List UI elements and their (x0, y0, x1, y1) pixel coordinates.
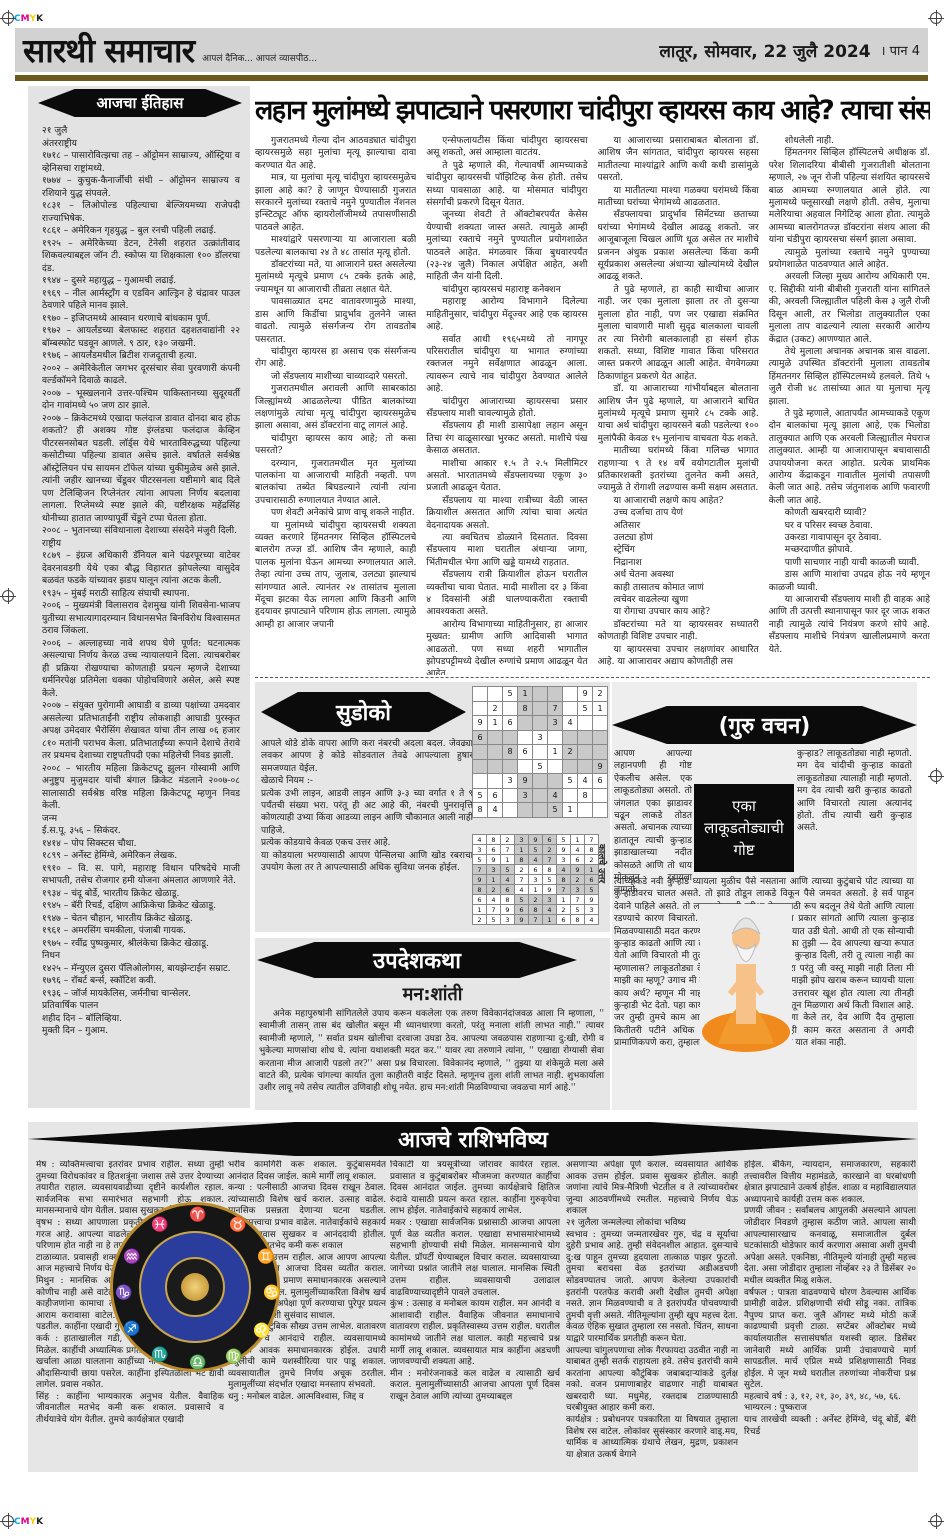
sudoku-cell (548, 774, 563, 789)
article-paragraph: ते पुढे म्हणाले, हा काही साथीचा आजार नाह… (598, 284, 759, 383)
solution-cell: 3 (487, 865, 501, 875)
sudoku-cell: 5 (578, 701, 593, 716)
article-paragraph: महाराष्ट्र आरोग्य विभागाने दिलेल्या माहि… (426, 296, 587, 333)
sudoku-cell (563, 687, 578, 702)
section-divider (255, 677, 930, 678)
history-section-title: राष्ट्रीय (42, 538, 240, 551)
article-paragraph: या आजाराची लक्षणे काय आहेत? (598, 495, 759, 507)
article-paragraph: या व्हायरसचा उपचार लक्षणांवर आधारित आहे.… (598, 644, 759, 669)
sudoku-cell: 8 (578, 788, 593, 803)
solution-cell: 1 (557, 895, 571, 905)
history-entry: १८६१ – अमेरिकन गृहयुद्ध – बुल रनची पहिली… (42, 225, 240, 238)
sudoku-cell (593, 716, 608, 731)
sudoku-cell (563, 701, 578, 716)
article-paragraph: एन्सेफलायटीस किंवा चांदीपुरा व्हायरसचा अ… (426, 135, 587, 160)
sudoku-cell (533, 687, 548, 702)
solution-cell: 6 (529, 865, 543, 875)
sudoku-cell (548, 730, 563, 745)
sudoku-cell (578, 803, 593, 818)
article-paragraph: ते पुढे म्हणाले, आतापर्यंत आमच्याकडे एकू… (769, 408, 930, 507)
sudoku-cell: 3 (548, 716, 563, 731)
history-entry: १७९६ – रॉबर्ट बर्न्स, स्कॉटिश कवी. (42, 975, 240, 988)
sudoku-cell (533, 803, 548, 818)
dateline: लातूर, सोमवार, 22 जुलै 2024 (659, 39, 870, 62)
solution-cell: 6 (543, 835, 557, 845)
registration-mark-icon (930, 1515, 942, 1527)
solution-cell: 7 (473, 865, 487, 875)
sudoku-cell (533, 788, 548, 803)
newspaper-logo: सारथी समाचार (23, 34, 194, 67)
solution-cell: 2 (473, 915, 487, 925)
solution-cell: 5 (515, 895, 529, 905)
article-paragraph: अतिसार (598, 520, 759, 532)
lead-article: गुजरातमध्ये गेल्या दोन आठवड्यात चांदीपुर… (255, 135, 930, 675)
horoscope-entry: याच तारखेची व्यक्ती : अर्नेस्ट हेमिंग्वे… (744, 1415, 916, 1438)
sudoku-cell (518, 716, 533, 731)
sudoku-cell (578, 716, 593, 731)
history-entry: १९३४ – चंदू बोर्डे, भारतीय क्रिकेट खेळाड… (42, 888, 240, 901)
solution-cell: 5 (473, 855, 487, 865)
horoscope-entry: चिकाटी या त्रयसूत्रीच्या जोरावर कार्यरत … (390, 1160, 560, 1218)
history-entry: ई.स.पू. ३५६ – सिकंदर. (42, 825, 240, 838)
sudoku-section: सुडोको आपले थोडे डोके वापरा आणि करा नंबर… (255, 682, 610, 932)
article-paragraph: डॉक्टरांच्या मते, या आजाराने ग्रस्त असले… (255, 259, 416, 296)
sudoku-puzzle-grid: 519228751916346386125939546563488451 (472, 686, 608, 818)
sudoku-cell (518, 730, 533, 745)
history-entry: १४१४ – पोप सिक्स्टस चौथा. (42, 838, 240, 851)
sudoku-cell (533, 745, 548, 760)
sudoku-cell: 2 (563, 745, 578, 760)
article-paragraph: या मुलांमध्ये चांदीपुरा व्हायरसची शक्यता… (255, 520, 416, 632)
solution-cell: 4 (543, 905, 557, 915)
history-entry: १९४४ – दुसरे महायुद्ध – गुआमची लढाई. (42, 275, 240, 288)
solution-cell: 7 (585, 835, 599, 845)
horoscope-entry: प्रणयी जीवन : सर्वांबलच आपुलकी असल्याने … (744, 1206, 916, 1287)
sudoku-cell: 8 (503, 745, 518, 760)
solution-cell: 3 (473, 845, 487, 855)
solution-cell: 1 (487, 875, 501, 885)
story-title-box: एका लाकूडतोड्याची गोष्ट (694, 784, 794, 872)
history-entry: १८७९ – इंग्रज अधिकारी डॅनियल बाने पंढरपू… (42, 550, 240, 588)
history-sidebar: आजचा ईतिहास २१ जुलै अंतरराष्ट्रीय१७१८ – … (28, 86, 250, 1108)
solution-cell: 3 (529, 875, 543, 885)
article-column: या आजाराच्या प्रसाराबाबत बोलताना डॉ. आशि… (598, 135, 759, 675)
article-paragraph: या मातीतल्या माश्या गळक्या घरांमध्ये किं… (598, 185, 759, 210)
solution-cell: 6 (515, 905, 529, 915)
cmyk-color-bar-bottom: CMYK (14, 1517, 43, 1527)
history-entry: १९७० – इजिप्तमध्ये आस्वान धरणाचे बांधकाम… (42, 313, 240, 326)
horoscope-entry: होईल. बँकिंग, न्यायदान, समाजकारण, सहकारी… (744, 1160, 916, 1206)
cmyk-color-bar: CMYK (14, 14, 43, 24)
horoscope-entry: भाग्यरत्न : पुष्कराज (744, 1403, 916, 1415)
sudoku-cell (473, 774, 488, 789)
horoscope-column: चिकाटी या त्रयसूत्रीच्या जोरावर कार्यरत … (390, 1160, 560, 1403)
registration-mark-icon (2, 12, 14, 24)
history-section-title: निधन (42, 950, 240, 963)
solution-cell: 2 (543, 845, 557, 855)
solution-cell: 4 (585, 915, 599, 925)
article-column: शोधलेली नाही.हिंमतनगर सिव्हिल हॉस्पिटलचे… (769, 135, 930, 675)
sudoku-cell (488, 687, 503, 702)
solution-cell: 5 (501, 865, 515, 875)
sudoku-cell: 5 (563, 774, 578, 789)
sudoku-cell (593, 788, 608, 803)
horoscope-entry: महत्वाचे वर्ष : ३, १२, २१, ३०, ३९, ४८, ५… (744, 1392, 916, 1404)
article-paragraph: डॉक्टरांच्या मते या व्हायरसवर सध्यातरी क… (598, 619, 759, 644)
sudoku-cell (488, 730, 503, 745)
article-paragraph: कोणती खबरदारी घ्यावी? (769, 507, 930, 519)
sudoku-cell: 8 (518, 701, 533, 716)
sudoku-cell: 6 (518, 745, 533, 760)
sudoku-cell (563, 788, 578, 803)
story-title: मन:शांती (255, 982, 610, 1006)
sudoku-cell (488, 745, 503, 760)
solution-cell: 7 (529, 915, 543, 925)
solution-cell: 4 (529, 855, 543, 865)
sudoku-heading: सुडोको (261, 692, 466, 732)
history-entry: १९१० – वि. स. पागे, महाराष्ट्र विधान परि… (42, 863, 240, 888)
sudoku-cell: 5 (473, 788, 488, 803)
article-paragraph: मात्र, या मुलांचा मृत्यू चांदीपुरा व्हाय… (255, 172, 416, 234)
story-left-text: आपण आपल्या लहानपणी ही गोष्ट ऐकलीच असेल. … (614, 748, 692, 897)
sudoku-cell (593, 803, 608, 818)
history-entry: २००८ – भारतीय महिला क्रिकेटपटू झुलन गोस्… (42, 763, 240, 813)
sudoku-cell: 4 (548, 788, 563, 803)
horoscope-entry: भरीव कामगिरी करू शकाल. कुटुंबासमवेत आनंद… (228, 1160, 386, 1183)
horoscope-column: असणाऱ्या अपेक्षा पूर्ण कराल. व्यवसायात आ… (566, 1160, 738, 1461)
article-paragraph: काही तासातच कोमात जाणं (598, 582, 759, 594)
sudoku-cell (578, 730, 593, 745)
sudoku-cell: 4 (488, 803, 503, 818)
horoscope-entry: कार्यक्षेत्र : प्रबोधनपर पत्रकारिता या व… (566, 1415, 738, 1461)
article-paragraph: आरोग्य विभागाच्या माहितीनुसार, हा आजार म… (426, 619, 587, 675)
history-entry: मुक्ती दिन – गुआम. (42, 1025, 240, 1038)
history-entry: १९६९ – नील आर्मस्ट्रॉंग व एडविन आल्ड्रिन… (42, 288, 240, 313)
sudoku-cell (563, 730, 578, 745)
history-entry: २००६ – अल्लाहच्या नावे शपथ घेणे पूर्णत: … (42, 638, 240, 701)
sudoku-cell (473, 759, 488, 774)
history-entry: १४२५ – मॅन्युएल दुसरा पॅलिओलोगस, बायझेन्… (42, 963, 240, 976)
upadeshkatha-heading: उपदेशकथा (257, 942, 577, 978)
sudoku-cell: 1 (488, 716, 503, 731)
article-paragraph: चांदीपुरा व्हायरस काय आहे; तो कसा पसरतो? (255, 433, 416, 458)
article-paragraph: दरम्यान, गुजरातमधील मृत मुलांच्या पालकां… (255, 458, 416, 508)
sudoku-cell: 4 (578, 774, 593, 789)
solution-cell: 1 (543, 915, 557, 925)
registration-mark-icon (930, 770, 942, 782)
solution-cell: 7 (501, 845, 515, 855)
solution-cell: 9 (585, 895, 599, 905)
solution-cell: 4 (501, 875, 515, 885)
history-entry: १९७६ – आयर्लंडमधील ब्रिटीश राजदूताची हत्… (42, 350, 240, 363)
sudoku-cell (503, 759, 518, 774)
solution-cell: 9 (487, 855, 501, 865)
sudoku-cell: 1 (518, 687, 533, 702)
article-paragraph: त्यामुळे मुलांच्या रक्ताचे नमुने पुण्याच… (769, 247, 930, 272)
solution-cell: 8 (543, 865, 557, 875)
article-paragraph: माश्यांद्वारे पसरणाऱ्या या आजाराला बळी प… (255, 234, 416, 259)
article-column: एन्सेफलायटीस किंवा चांदीपुरा व्हायरसचा अ… (426, 135, 587, 675)
history-entry: शहीद दिन – बॉलिव्हिया. (42, 1013, 240, 1026)
article-paragraph: पण शेवटी अनेकांचे प्राण वाचू शकले नाहीत. (255, 507, 416, 519)
solution-cell: 7 (487, 905, 501, 915)
history-entry: १९३६ – जॉर्ज मायकेलिस, जर्मनीचा चान्सेलर… (42, 988, 240, 1001)
masthead-rule (15, 75, 928, 81)
horoscope-section: आजचे राशिभविष्य मेष : व्यक्तिमत्त्वाचा इ… (28, 1122, 918, 1472)
horoscope-entry: कुंभ : उत्साह व मनोबल कायम राहील. मन आनं… (390, 1299, 560, 1369)
solution-cell: 2 (529, 895, 543, 905)
history-entry: १८३१ – लिओपोल्ड पहिल्याचा बेल्जियमच्या र… (42, 200, 240, 225)
horoscope-entry: धनु : मनोबल वाढेल. आत्मविश्वास, जिद्द व (228, 1392, 386, 1404)
sudoku-cell (578, 759, 593, 774)
solution-cell: 9 (571, 865, 585, 875)
article-paragraph: त्या क्वचितच डोळ्याने दिसतात. दिवसा सँडफ… (426, 532, 587, 569)
article-paragraph: गुजरातमध्ये गेल्या दोन आठवड्यात चांदीपुर… (255, 135, 416, 172)
sudoku-cell (548, 687, 563, 702)
history-date: २१ जुलै (42, 125, 240, 138)
article-paragraph: माशीचा आकार १.५ ते २.५ मिलीमिटर असतो. भा… (426, 458, 587, 495)
sudoku-instruction-line: प्रत्येक कोडयाचे केवळ एकच उत्तर आहे. (261, 837, 473, 849)
article-paragraph: पाणी साचणार नाही याची काळजी घ्यावी. (769, 557, 930, 569)
sudoku-cell (578, 745, 593, 760)
horoscope-entry: असणाऱ्या अपेक्षा पूर्ण कराल. व्यवसायात आ… (566, 1160, 738, 1218)
article-paragraph: डॉ. या आजाराच्या गांभीर्याबद्दल बोलताना … (598, 383, 759, 445)
solution-cell: 2 (571, 875, 585, 885)
horoscope-column: होईल. बँकिंग, न्यायदान, समाजकारण, सहकारी… (744, 1160, 916, 1438)
history-entry: २००७ – भूस्खलनाने उत्तर-पश्चिम पाकिस्तान… (42, 388, 240, 413)
solution-cell: 4 (487, 895, 501, 905)
solution-cell: 2 (515, 865, 529, 875)
article-paragraph: सँडफ्लाय रात्री क्रियाशील होऊन घरातील व्… (426, 569, 587, 619)
article-paragraph: निद्रानाश (598, 557, 759, 569)
horoscope-entry: वर्षफल : पात्रता वाढवण्याचे धोरण ठेवल्या… (744, 1288, 916, 1392)
horoscope-entry: मीन : मनोरंजनाकडे कल वाढेल व त्यासाठी खर… (390, 1369, 560, 1404)
solution-cell: 5 (571, 905, 585, 915)
history-entry: २००६ – मुख्यमंत्री विलासराव देशमुख यांनी… (42, 600, 240, 638)
sudoku-cell (503, 701, 518, 716)
history-entry: १९२५ – अमेरिकेच्या डेटन, टेनेसी शहरात उत… (42, 238, 240, 276)
sudoku-cell: 9 (578, 687, 593, 702)
solution-cell: 3 (515, 835, 529, 845)
article-paragraph: अर्ध चेतना अवस्था (598, 569, 759, 581)
sudoku-cell: 3 (533, 730, 548, 745)
sudoku-cell (473, 687, 488, 702)
sudoku-cell: 7 (548, 701, 563, 716)
solution-cell: 8 (473, 885, 487, 895)
sudoku-cell (503, 788, 518, 803)
solution-cell: 2 (557, 905, 571, 915)
history-entry: १८९९ – अर्नेस्ट हेमिंग्वे, अमेरिकन लेखक. (42, 850, 240, 863)
upadeshkatha-section: उपदेशकथा मन:शांती अनेक महापुरुषांनी सांग… (255, 938, 610, 1110)
horoscope-entry: आपल्या चांगुलपणाचा लोक गैरफायदा उठवीत ना… (566, 1346, 738, 1416)
solution-cell: 8 (557, 875, 571, 885)
sudoku-cell (593, 745, 608, 760)
article-paragraph: सँडफ्लायचा प्रादुर्भाव सिमेंटच्या छताच्य… (598, 209, 759, 283)
history-entry: १७७४ – कुचुक-कैनार्जीची संधी – ऑट्टोमन स… (42, 175, 240, 200)
article-paragraph: जो सँडफ्लाय माशीच्या चाव्याव्दारे पसरतो. (255, 371, 416, 383)
article-paragraph: हिंमतनगर सिव्हिल हॉस्पिटलचे अधीक्षक डॉ. … (769, 147, 930, 246)
article-paragraph: उलट्या होणं (598, 532, 759, 544)
history-entry: १९७२ – आयर्लंडच्या बेलफास्ट शहरात दहशतवा… (42, 325, 240, 350)
history-entry: २००७ – क्रिकेटमध्ये एखादा फलंदाज डावात द… (42, 413, 240, 526)
solution-cell: 1 (501, 855, 515, 865)
horoscope-entry: स्वभाव : तुमच्या जन्मतारखेवर गुरु, चंद्र… (566, 1230, 738, 1346)
sudoku-cell: 6 (503, 716, 518, 731)
sudoku-solution-grid: 4823965173671529485918473627352684919147… (472, 834, 599, 925)
solution-cell: 3 (557, 855, 571, 865)
sudoku-cell: 1 (548, 745, 563, 760)
article-paragraph: त्वचेवर वाढलेल्या खुणा (598, 594, 759, 606)
article-paragraph: चांदीपुरा आजाराच्या व्हायरसचा प्रसार सँड… (426, 396, 587, 421)
solution-cell: 2 (501, 835, 515, 845)
solution-cell: 8 (487, 835, 501, 845)
sudoku-cell: 8 (473, 803, 488, 818)
sage-illustration-icon (700, 904, 792, 1054)
yesterday-answer-label: कालचे उत्तर (598, 844, 608, 883)
solution-cell: 3 (585, 905, 599, 915)
registration-mark-icon (2, 590, 14, 602)
sudoku-cell: 6 (593, 774, 608, 789)
history-section-title: अंतरराष्ट्रीय (42, 138, 240, 151)
horoscope-entry: २१ जुलैला जन्मलेल्या लोकांचा भविष्य (566, 1218, 738, 1230)
history-entry: १९६१ – अमरसिंग चमकीला, पंजाबी गायक. (42, 925, 240, 938)
sudoku-cell (563, 759, 578, 774)
sudoku-instruction-line: या कोडयाला भरण्यासाठी आपण पेन्सिलचा आणि … (261, 850, 473, 875)
horoscope-entry: सिंह : काहींना भाग्यकारक अनुभव येतील. वै… (36, 1392, 224, 1427)
sudoku-cell: 3 (503, 774, 518, 789)
solution-cell: 7 (571, 895, 585, 905)
sudoku-cell: 9 (473, 716, 488, 731)
article-paragraph: अरवली जिल्हा मुख्य आरोग्य अधिकारी एम. ए.… (769, 271, 930, 345)
sudoku-cell (518, 803, 533, 818)
solution-cell: 3 (571, 885, 585, 895)
solution-cell: 5 (585, 885, 599, 895)
solution-cell: 9 (557, 845, 571, 855)
sudoku-cell (473, 701, 488, 716)
guru-vachan-heading: (गुरु वचन) (612, 706, 917, 744)
sudoku-instruction-line: आपले थोडे डोके वापरा आणि करा नंबरची अदला… (261, 738, 473, 775)
sudoku-cell (533, 774, 548, 789)
solution-cell: 1 (571, 835, 585, 845)
solution-cell: 9 (529, 835, 543, 845)
solution-cell: 9 (473, 875, 487, 885)
solution-cell: 5 (487, 915, 501, 925)
article-paragraph: सँडफ्लाय ही माशी डासापेक्षा लहान असून ति… (426, 420, 587, 457)
sudoku-cell (518, 759, 533, 774)
history-entry: १९४५ – बॅरी रिचर्ड, दक्षिण आफ्रिकेचा क्र… (42, 900, 240, 913)
article-paragraph: पावसाळ्यात दमट वातावरणामुळे माश्या, डास … (255, 296, 416, 346)
story-body: अनेक महापुरुषांनी सांगितलेले उपाय करून थ… (259, 1008, 604, 1095)
sudoku-instruction-line: खेळाचे नियम :- (261, 775, 473, 787)
article-paragraph: तेथे मुलाला अचानक अचानक त्रास वाढला. त्य… (769, 346, 930, 408)
history-section-title: प्रतिवार्षिक पालन (42, 1000, 240, 1013)
page-number: । पान 4 (881, 41, 920, 59)
solution-cell: 6 (473, 895, 487, 905)
sudoku-cell: 9 (593, 759, 608, 774)
solution-cell: 8 (501, 895, 515, 905)
sudoku-cell: 4 (563, 716, 578, 731)
sudoku-cell: 3 (518, 788, 533, 803)
sudoku-instruction-line: प्रत्येक उभी लाइन, आडवी लाइन आणि ३-३ च्य… (261, 788, 473, 838)
solution-cell: 6 (557, 915, 571, 925)
solution-cell: 7 (543, 855, 557, 865)
solution-cell: 6 (571, 855, 585, 865)
article-paragraph: या आजाराची सँडफ्लाय माशी ही वाहक आहे आणि… (769, 594, 930, 656)
solution-cell: 4 (557, 865, 571, 875)
article-paragraph: गुजरातमधील अरावली आणि साबरकांठा जिल्ह्या… (255, 383, 416, 433)
sudoku-cell (548, 759, 563, 774)
sudoku-cell: 2 (593, 687, 608, 702)
solution-cell: 1 (515, 845, 529, 855)
article-paragraph: मातीच्या घरांमध्ये किंवा गलिच्छ भागात रा… (598, 445, 759, 495)
article-paragraph: जूनच्या शेवटी ते ऑक्टोबरपर्यंत केसेस येण… (426, 209, 587, 283)
solution-cell: 9 (515, 915, 529, 925)
sudoku-cell: 1 (563, 803, 578, 818)
masthead: सारथी समाचार आपलं दैनिक... आपलं व्यासपीठ… (15, 28, 928, 72)
solution-cell: 9 (501, 905, 515, 915)
solution-cell: 4 (515, 885, 529, 895)
sudoku-cell: 9 (518, 774, 533, 789)
solution-cell: 7 (515, 875, 529, 885)
guru-vachan-section: (गुरु वचन) आपण आपल्या लहानपणी ही गोष्ट ऐ… (612, 682, 917, 1110)
sudoku-cell: 6 (473, 730, 488, 745)
article-paragraph: स्ट्रेचिंग (598, 544, 759, 556)
sudoku-cell (488, 774, 503, 789)
article-paragraph: शोधलेली नाही. (769, 135, 930, 147)
article-column: गुजरातमध्ये गेल्या दोन आठवड्यात चांदीपुर… (255, 135, 416, 675)
history-entry: २००७ – संयुक्त पुरोगामी आघाडी व डाव्या प… (42, 700, 240, 763)
sudoku-cell: 5 (548, 803, 563, 818)
article-paragraph: उकरडा गावापासून दूर ठेवावा. (769, 532, 930, 544)
zodiac-wheel-icon: ♈ ♉ ♊ ♋ ♌ ♍ ♎ ♏ ♐ ♑ ♒ ♓ (110, 1202, 280, 1372)
sudoku-cell (533, 716, 548, 731)
solution-cell: 6 (487, 845, 501, 855)
sudoku-cell (593, 730, 608, 745)
solution-cell: 1 (529, 885, 543, 895)
history-entry: १७१८ – पासारोवित्झचा तह – ऑट्टोमन साम्रा… (42, 150, 240, 175)
sudoku-cell: 2 (488, 701, 503, 716)
solution-cell: 5 (543, 875, 557, 885)
solution-cell: 8 (515, 855, 529, 865)
sudoku-cell: 5 (533, 759, 548, 774)
sudoku-cell (473, 745, 488, 760)
horoscope-entry: मकर : एखाद्या सार्वजनिक प्रश्नासाठी आजचा… (390, 1218, 560, 1299)
article-paragraph: सँडफ्लाय या माश्या रात्रीच्या वेळी जास्त… (426, 495, 587, 532)
horoscope-heading: आजचे राशिभविष्य (28, 1122, 918, 1156)
article-paragraph: मच्छरदाणीत झोपावे. (769, 544, 930, 556)
solution-cell: 4 (473, 835, 487, 845)
sudoku-cell: 6 (488, 788, 503, 803)
history-entry: १९७५ – रवींद्र पुष्पकुमार, श्रीलंकेचा क्… (42, 938, 240, 951)
article-paragraph: चांदीपुरा व्हायरस हा असाच एक संसर्गजन्य … (255, 346, 416, 371)
article-paragraph: चांदीपुरा व्हायरसचं महाराष्ट्र कनेक्शन (426, 284, 587, 296)
sudoku-cell: 5 (503, 687, 518, 702)
sudoku-cell (503, 730, 518, 745)
article-paragraph: या आजाराच्या प्रसाराबाबत बोलताना डॉ. आशि… (598, 135, 759, 185)
history-entry: २००८ – भुतानच्या संविधानाला देशाच्या संस… (42, 525, 240, 538)
sudoku-cell (533, 701, 548, 716)
history-heading: आजचा ईतिहास (38, 89, 242, 117)
article-paragraph: या रोगाचा उपचार काय आहे? (598, 606, 759, 618)
history-entry: १९४७ – चेतन चौहान, भारतीय क्रिकेट खेळाडू… (42, 913, 240, 926)
history-entry: २००२ – अमेरिकेतील जगभर दूरसंचार सेवा पुर… (42, 363, 240, 388)
history-list: २१ जुलै अंतरराष्ट्रीय१७१८ – पासारोवित्झच… (28, 117, 250, 1038)
sudoku-cell (488, 759, 503, 774)
solution-cell: 4 (571, 845, 585, 855)
registration-mark-icon (930, 12, 942, 24)
solution-cell: 3 (501, 915, 515, 925)
tagline: आपलं दैनिक... आपलं व्यासपीठ... (202, 51, 317, 64)
